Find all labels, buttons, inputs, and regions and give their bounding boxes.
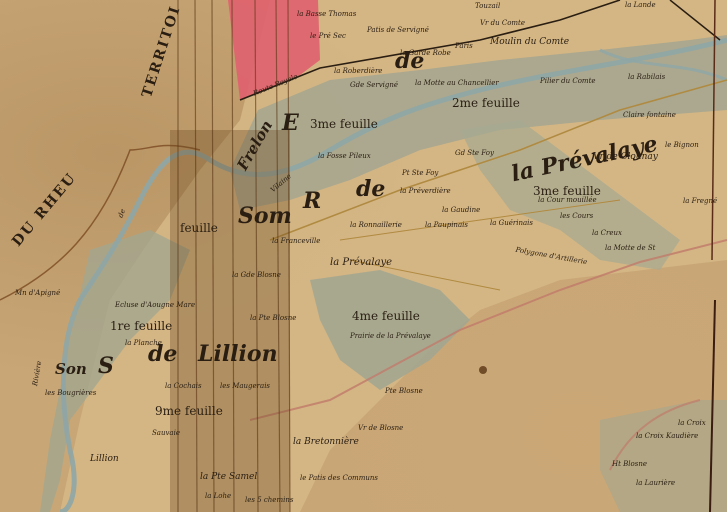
label-pte-blosne-2: la Pte Blosne xyxy=(250,315,296,322)
label-garde-robe: la Garde Robe xyxy=(400,50,451,57)
label-motte-st: la Motte de St xyxy=(605,245,655,252)
label-sheet-3: 3me feuille xyxy=(310,118,378,130)
label-claire-fontaine: Claire fontaine xyxy=(623,112,676,119)
label-r-large: R xyxy=(303,190,321,212)
label-gde-blosne: la Gde Blosne xyxy=(232,272,281,279)
label-patis-servigne: Patis de Servigné xyxy=(367,27,429,34)
label-pt-ste-foy: Pt Ste Foy xyxy=(402,170,438,177)
label-maugerais: les Maugerais xyxy=(220,383,270,390)
label-lauriere: la Laurière xyxy=(636,480,675,487)
label-paris: Paris xyxy=(455,43,473,50)
label-guerinais: la Guérinais xyxy=(490,220,533,227)
label-vr-blosne: Vr de Blosne xyxy=(358,425,403,432)
label-sheet-2: 2me feuille xyxy=(452,97,520,109)
label-la-croix: la Croix xyxy=(678,420,706,427)
label-cour-mouillee: la Cour mouillée xyxy=(538,197,597,204)
label-la-lohe: la Lohe xyxy=(205,493,231,500)
label-la-creux: la Creux xyxy=(592,230,622,237)
label-bougrieres: les Bougrières xyxy=(45,390,96,397)
label-gde-servigne: Gde Servigné xyxy=(350,82,398,89)
label-bignon: le Bignon xyxy=(665,142,699,149)
map-base-layer xyxy=(0,0,727,512)
label-prairie: Prairie de la Prévalaye xyxy=(350,333,431,340)
label-la-lande: la Lande xyxy=(625,2,656,9)
label-sheet-4: 4me feuille xyxy=(352,310,420,322)
label-ronnaillerie: la Ronnaillerie xyxy=(350,222,402,229)
label-roberdiere: la Roberdière xyxy=(334,68,382,75)
label-vr-clounay: Vr de Clounay xyxy=(593,153,658,162)
label-prevalaye-small: la Prévalaye xyxy=(330,258,392,268)
label-touzail: Touzail xyxy=(475,3,500,10)
label-vr-comte: Vr du Comte xyxy=(480,20,525,27)
label-pte-samel: la Pte Samel xyxy=(200,473,257,482)
label-les-cours: les Cours xyxy=(560,213,593,220)
label-patis-communs: le Patis des Communs xyxy=(300,475,378,482)
label-paupinais: la Paupinais xyxy=(425,222,468,229)
label-lillion: Lillion xyxy=(90,455,119,464)
label-pte-blosne: Pte Blosne xyxy=(385,388,423,395)
label-preverdiere: la Préverdière xyxy=(400,188,451,195)
label-bretonniere: la Bretonnière xyxy=(293,438,359,447)
label-lillion-large: Lillion xyxy=(198,343,278,365)
label-franceville: la Franceville xyxy=(272,238,320,245)
label-sheet-9: 9me feuille xyxy=(155,405,223,417)
label-son: Son xyxy=(55,362,87,377)
label-pilier-comte: Pilier du Comte xyxy=(540,78,596,85)
label-fosse-pileux: la Fosse Pileux xyxy=(318,153,371,160)
label-sheet-top: feuille xyxy=(180,222,218,234)
label-gaudine: la Gaudine xyxy=(442,207,480,214)
label-moulin-apigne: Mn d'Apigné xyxy=(15,290,60,297)
historical-map: la Prévalaye de R Som Frelon E de Lillio… xyxy=(0,0,727,512)
label-planche: la Planche xyxy=(125,340,162,347)
label-sheet-1: 1re feuille xyxy=(110,320,172,332)
label-cochais: la Cochais xyxy=(165,383,202,390)
label-basse-thomas: la Basse Thomas xyxy=(297,11,356,18)
label-s-section: Som xyxy=(238,205,292,227)
label-croix-kaudiere: la Croix Kaudière xyxy=(636,433,698,440)
label-5-chemins: les 5 chemins xyxy=(245,497,293,504)
label-ecluse: Ecluse d'Aougne Mare xyxy=(115,302,195,309)
label-e-top: E xyxy=(282,112,299,134)
label-moulin-comte: Moulin du Comte xyxy=(490,38,569,47)
label-pre-sec: le Pré Sec xyxy=(310,33,346,40)
label-rabilais: la Rabilais xyxy=(628,74,665,81)
label-gd-ste-foy: Gd Ste Foy xyxy=(455,150,494,157)
label-fregne: la Fregné xyxy=(683,198,717,205)
label-de-large: de xyxy=(356,178,385,200)
label-ht-blosne: Ht Blosne xyxy=(612,461,647,468)
label-motte-chancellier: la Motte au Chancellier xyxy=(415,80,499,87)
label-sauvaie: Sauvaie xyxy=(152,430,180,437)
label-s-mid: S xyxy=(98,355,114,377)
